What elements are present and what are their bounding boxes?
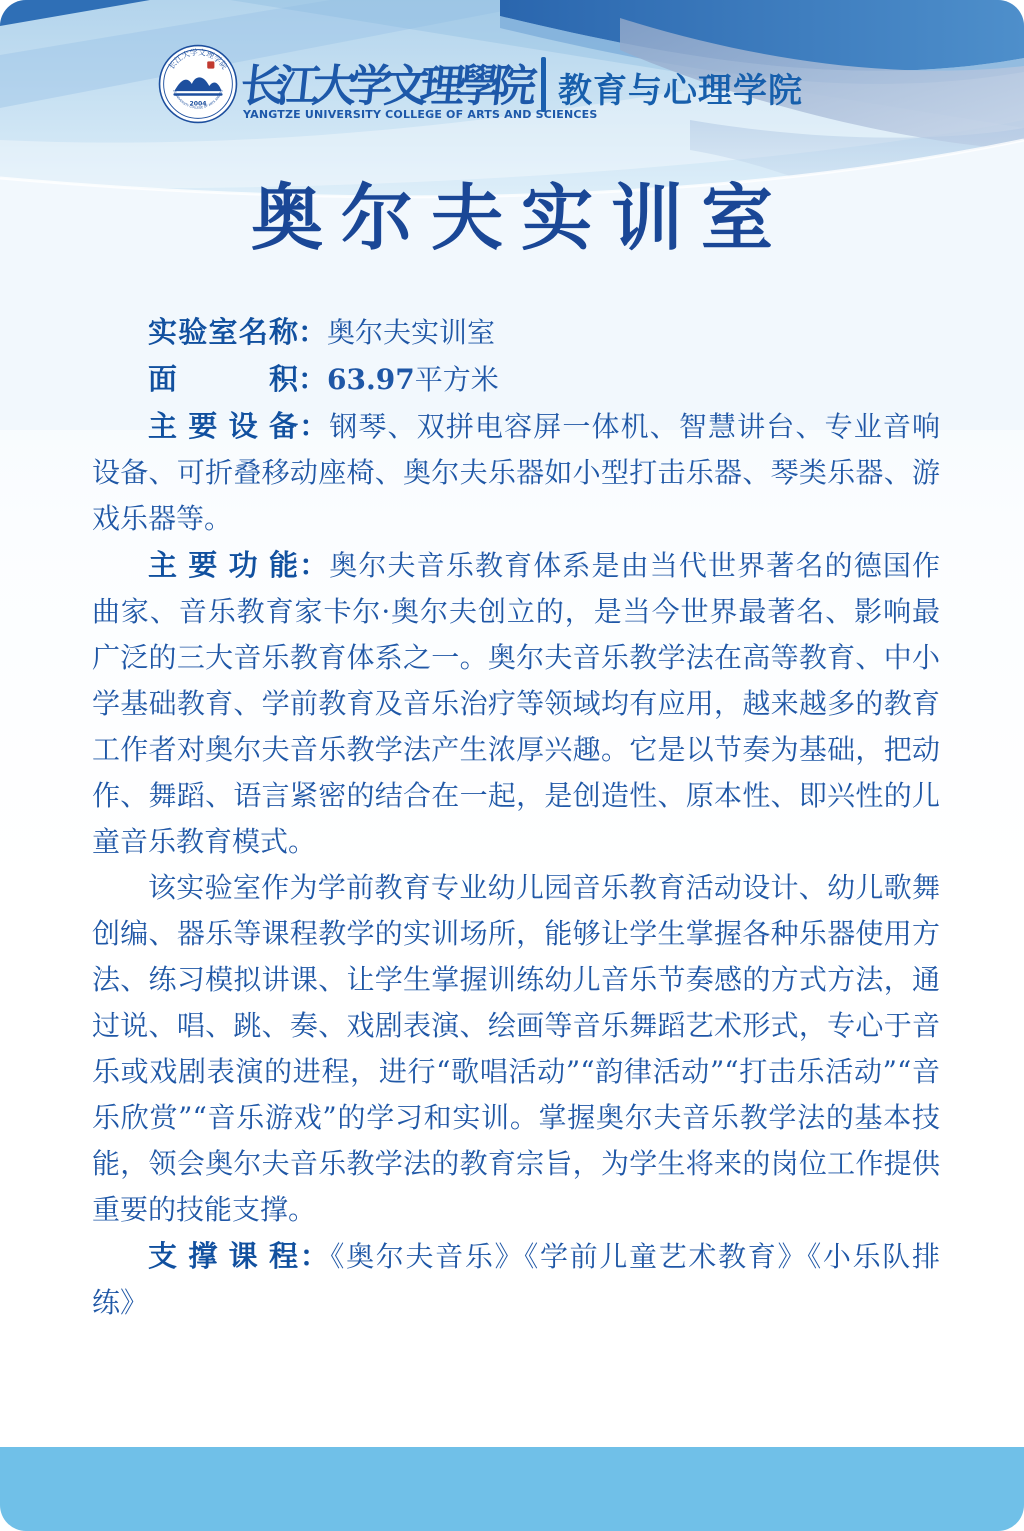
field-label-functions: 主要功能: [148, 542, 298, 588]
paragraph-lab-usage: 该实验室作为学前教育专业幼儿园音乐教育活动设计、幼儿歌舞创编、器乐等课程教学的实…: [92, 865, 940, 1233]
logo-baseline: [173, 93, 222, 95]
field-colon: ：: [298, 548, 329, 582]
field-label-lab-name: 实验室名称: [148, 309, 298, 355]
page-title: 奥尔夫实训室: [0, 160, 1024, 264]
field-colon: ：: [298, 409, 329, 443]
field-value-lab-name: 奥尔夫实训室: [327, 316, 495, 349]
field-value-area-unit: 平方米: [415, 363, 499, 396]
section-supporting-courses: 支撑课程：《奥尔夫音乐》《学前儿童艺术教育》《小乐队排练》: [92, 1233, 940, 1326]
field-lab-name: 实验室名称：奥尔夫实训室: [92, 309, 940, 356]
section-main-functions: 主要功能：奥尔夫音乐教育体系是由当代世界著名的德国作曲家、音乐教育家卡尔·奥尔夫…: [92, 542, 940, 865]
logo-red-seal: [207, 61, 214, 68]
field-label-courses: 支撑课程: [148, 1233, 298, 1279]
field-value-area-number: 63.97: [327, 363, 415, 396]
footer-band: [0, 1447, 1024, 1531]
field-colon: ：: [298, 362, 327, 396]
section-main-equipment: 主要设备：钢琴、双拼电容屏一体机、智慧讲台、专业音响设备、可折叠移动座椅、奥尔夫…: [92, 403, 940, 542]
university-logo: 长江大学文理学院 2004 YANGTZE UNIVERSITY COLLEGE…: [158, 44, 238, 124]
poster-page: 长江大学文理学院 2004 YANGTZE UNIVERSITY COLLEGE…: [0, 0, 1024, 1531]
field-label-area: 面积: [148, 356, 298, 402]
field-area: 面积：63.97平方米: [92, 356, 940, 403]
university-name-cn: 长江大学文理學院: [238, 50, 532, 110]
field-colon: ：: [298, 315, 327, 349]
department-name: 教育与心理学院: [558, 63, 803, 112]
lab-info-content: 实验室名称：奥尔夫实训室 面积：63.97平方米 主要设备：钢琴、双拼电容屏一体…: [92, 309, 940, 1326]
field-label-equipment: 主要设备: [148, 403, 298, 449]
header-divider: [541, 57, 546, 112]
field-colon: ：: [298, 1239, 330, 1273]
section-text-functions: 奥尔夫音乐教育体系是由当代世界著名的德国作曲家、音乐教育家卡尔·奥尔夫创立的，是…: [92, 549, 940, 858]
poster-card: 长江大学文理学院 2004 YANGTZE UNIVERSITY COLLEGE…: [0, 0, 1024, 1531]
